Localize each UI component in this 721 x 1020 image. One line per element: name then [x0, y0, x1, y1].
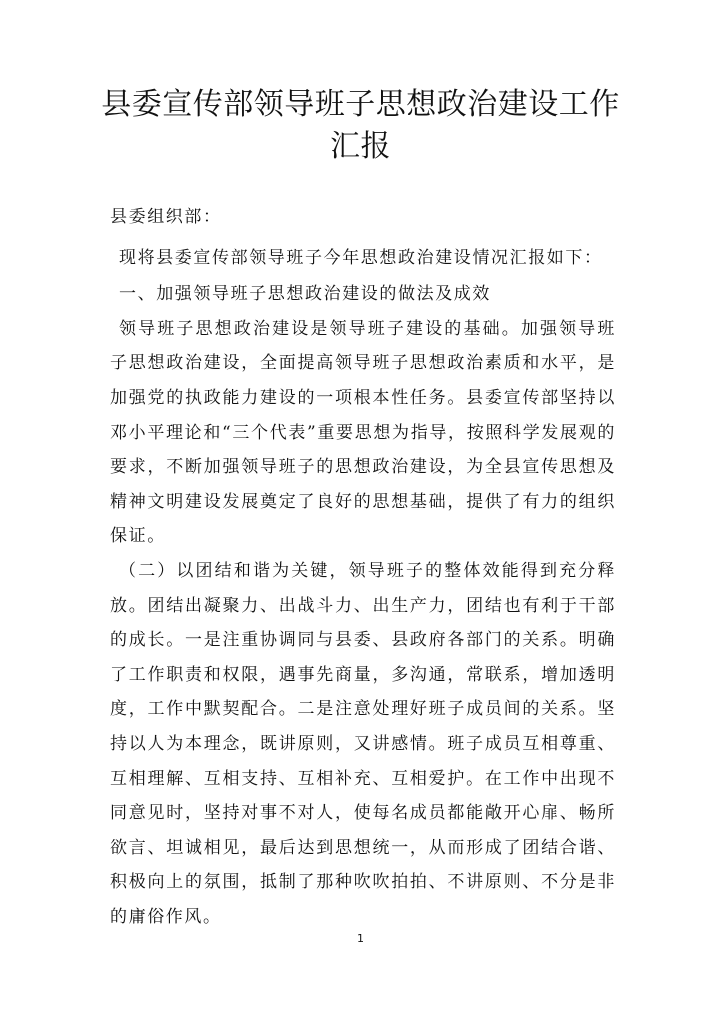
section-heading: 一、加强领导班子思想政治建设的做法及成效 — [110, 277, 616, 312]
page-number: 1 — [0, 932, 721, 945]
salutation: 县委组织部： — [110, 200, 616, 235]
document-page: 县委宣传部领导班子思想政治建设工作汇报 县委组织部： 现将县委宣传部领导班子今年… — [0, 0, 721, 1020]
intro-paragraph: 现将县委宣传部领导班子今年思想政治建设情况汇报如下： — [110, 241, 616, 276]
document-title: 县委宣传部领导班子思想政治建设工作汇报 — [100, 84, 621, 168]
body-paragraph: 领导班子思想政治建设是领导班子建设的基础。加强领导班子思想政治建设，全面提高领导… — [110, 312, 616, 554]
body-paragraph: （二）以团结和谐为关键，领导班子的整体效能得到充分释放。团结出凝聚力、出战斗力、… — [110, 554, 616, 935]
document-body: 县委组织部： 现将县委宣传部领导班子今年思想政治建设情况汇报如下： 一、加强领导… — [110, 200, 616, 934]
